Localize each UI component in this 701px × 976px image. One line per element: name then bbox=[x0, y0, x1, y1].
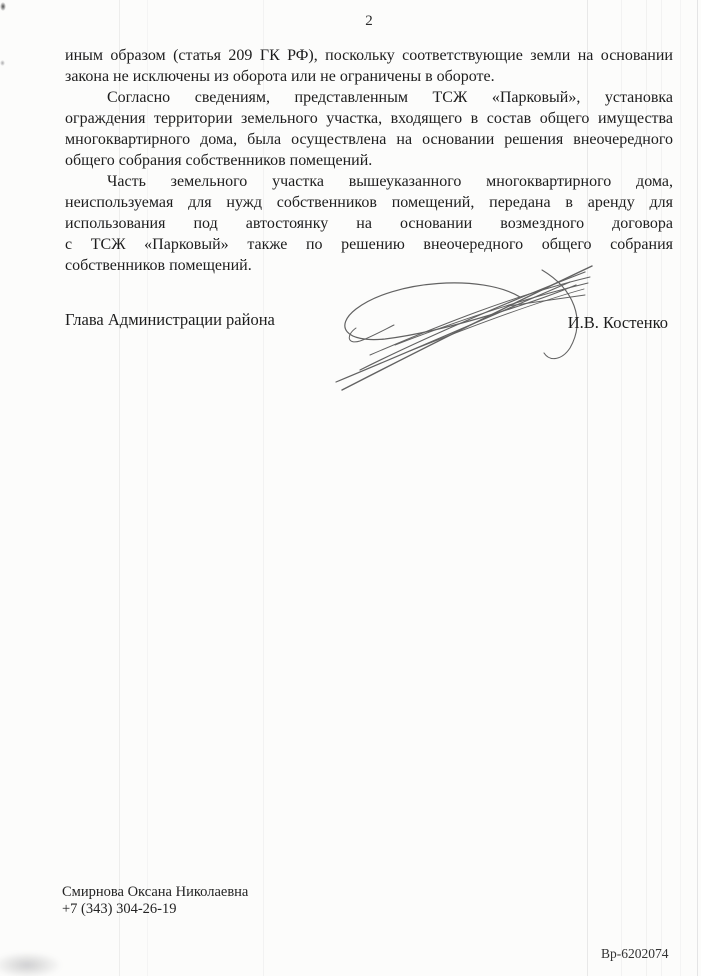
body-line: иным образом (статья 209 ГК РФ), посколь… bbox=[65, 45, 673, 66]
document-body: иным образом (статья 209 ГК РФ), посколь… bbox=[65, 45, 673, 276]
body-line: закона не исключены из оборота или не ог… bbox=[65, 66, 673, 87]
body-line: Часть земельного участка вышеуказанного … bbox=[65, 171, 673, 192]
scanned-document-page: 2 иным образом (статья 209 ГК РФ), поско… bbox=[0, 0, 701, 976]
signatory-position: Глава Администрации района bbox=[65, 310, 275, 330]
handwritten-signature-icon bbox=[322, 256, 607, 396]
executor-phone: +7 (343) 304-26-19 bbox=[62, 901, 248, 918]
body-line: ограждения территории земельного участка… bbox=[65, 108, 673, 129]
body-line: с ТСЖ «Парковый» также по решению внеоче… bbox=[65, 234, 673, 255]
body-line: общего собрания собственников помещений. bbox=[65, 150, 673, 171]
scan-streak-artifact bbox=[697, 0, 698, 976]
executor-name: Смирнова Оксана Николаевна bbox=[62, 884, 248, 901]
document-reference-number: Вр-6202074 bbox=[601, 946, 669, 962]
body-line: использования под автостоянку на основан… bbox=[65, 213, 673, 234]
scan-streak-artifact bbox=[680, 0, 681, 976]
body-line: многоквартирного дома, была осуществлена… bbox=[65, 129, 673, 150]
signatory-name: И.В. Костенко bbox=[568, 313, 668, 333]
scan-smudge-artifact bbox=[0, 60, 5, 66]
scan-smudge-artifact bbox=[0, 2, 6, 11]
scan-smudge-artifact bbox=[0, 952, 62, 976]
page-number: 2 bbox=[65, 13, 673, 30]
executor-contact: Смирнова Оксана Николаевна +7 (343) 304-… bbox=[62, 884, 248, 918]
body-line: Согласно сведениям, представленным ТСЖ «… bbox=[65, 87, 673, 108]
body-line: неиспользуемая для нужд собственников по… bbox=[65, 192, 673, 213]
